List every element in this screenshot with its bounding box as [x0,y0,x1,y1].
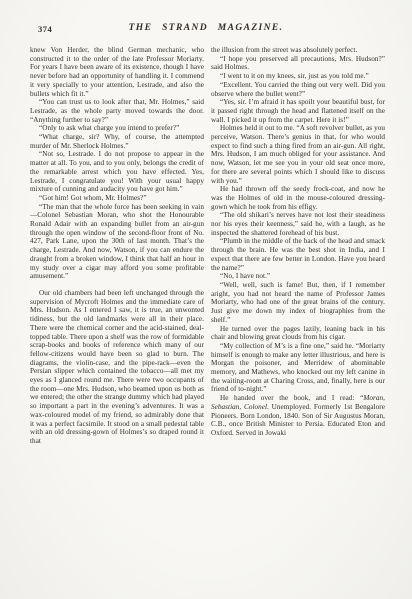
paragraph: “Only to ask what charge you intend to p… [30,124,204,133]
page-number: 374 [38,24,52,34]
paragraph-text: He handed over the book, and I read: “ [220,394,363,402]
paragraph: He had thrown off the seedy frock-coat, … [211,185,385,211]
page-body: knew Von Herder, the blind German mechan… [0,37,412,446]
paragraph: “I hope you preserved all precautions, M… [211,55,385,72]
paragraph: the illusion from the street was absolut… [211,46,385,55]
paragraph: “The man that the whole force has been s… [30,203,204,281]
paragraph: “The old shikari’s nerves have not lost … [211,211,385,237]
left-column: knew Von Herder, the blind German mechan… [30,46,204,446]
paragraph: “Not so, Lestrade. I do not propose to a… [30,150,204,194]
paragraph: “Yes, sir. I’m afraid it has spoilt your… [211,98,385,124]
paragraph: He turned over the pages lazily, leaning… [211,325,385,342]
paragraph: He handed over the book, and I read: “Mo… [211,394,385,438]
magazine-page: 374 THE STRAND MAGAZINE. knew Von Herder… [0,0,412,599]
paragraph: Holmes held it out to me. “A soft revolv… [211,124,385,185]
paragraph: “No, I have not.” [211,272,385,281]
page-header: 374 THE STRAND MAGAZINE. [0,0,412,37]
paragraph: “I went to it on my knees, sir, just as … [211,72,385,81]
paragraph: Our old chambers had been left unchanged… [30,289,204,446]
paragraph: “My collection of M’s is a fine one,” sa… [211,342,385,394]
magazine-title: THE STRAND MAGAZINE. [0,23,412,33]
paragraph: knew Von Herder, the blind German mechan… [30,46,204,98]
paragraph: “You can trust us to look after that, Mr… [30,98,204,124]
right-column: the illusion from the street was absolut… [211,46,385,446]
paragraph: “Got him! Got whom, Mr. Holmes?” [30,194,204,203]
paragraph: “Plumb in the middle of the back of the … [211,237,385,272]
paragraph: “Excellent. You carried the thing out ve… [211,81,385,98]
paragraph: “What charge, sir? Why, of course, the a… [30,133,204,150]
paragraph: “Well, well, such is fame! But, then, if… [211,281,385,325]
